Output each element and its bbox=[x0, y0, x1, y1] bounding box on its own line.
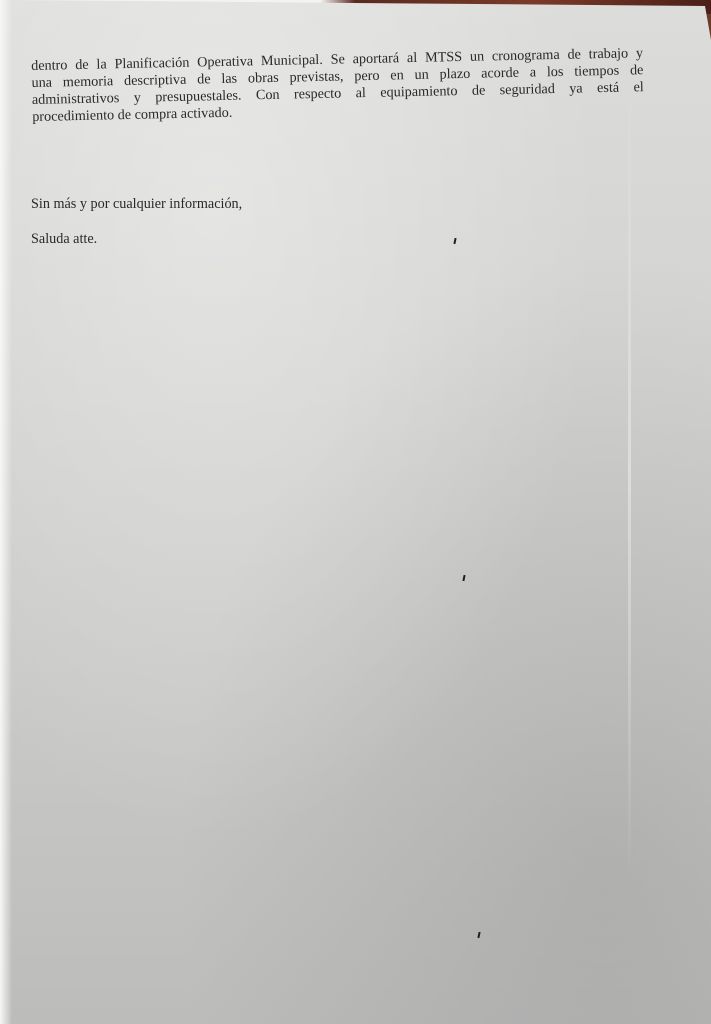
body-paragraph: dentro de la Planificación Operativa Mun… bbox=[31, 45, 644, 126]
paper-sheet: dentro de la Planificación Operativa Mun… bbox=[0, 0, 711, 1024]
paper-edge-highlight bbox=[0, 0, 12, 1024]
closing-line: Sin más y por cualquier información, bbox=[31, 196, 242, 213]
stray-mark bbox=[477, 932, 480, 938]
paper-fold-crease bbox=[628, 60, 631, 880]
stray-mark bbox=[462, 575, 465, 581]
stray-mark bbox=[453, 238, 456, 244]
signoff-line: Saluda atte. bbox=[31, 231, 97, 248]
